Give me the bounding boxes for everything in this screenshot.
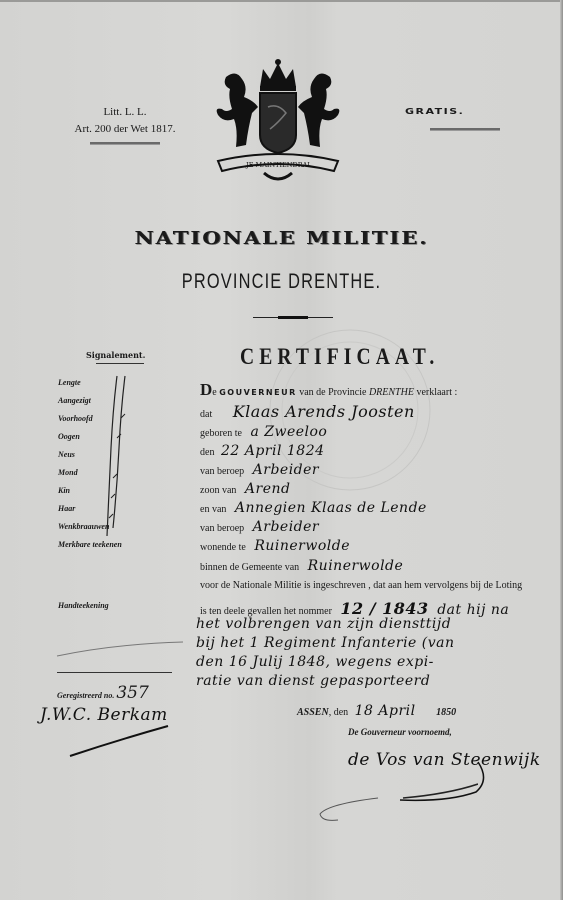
field-row-father: zoon van Arend [200,481,290,497]
field-row-mother-occupation: van beroep Arbeider [200,519,319,535]
place-name: ASSEN [297,707,329,718]
field-row-residence: wonende te Ruinerwolde [200,538,350,554]
header-left-rule [90,142,160,145]
signature-label: Handteekening [58,601,109,610]
gratis-label: GRATIS. [405,107,464,116]
svg-text:JE MAINTIENDRAI: JE MAINTIENDRAI [245,161,310,169]
litt-label: Litt. L. L. [60,104,190,121]
militia-statement: voor de Nationale Militie is ingeschreve… [200,580,522,591]
field-row-name: dat Klaas Arends Joosten [200,402,415,421]
registration-number: 357 [116,683,148,703]
registration-line: Geregistreerd no. 357 [57,683,149,703]
certificate-heading: CERTIFICAAT. [240,344,439,370]
left-signature: J.W.C. Berkam [40,705,168,725]
signalement-handwriting [95,368,135,538]
handwritten-line: ratie van dienst gepasporteerd [196,673,430,689]
document-title: NATIONALE MILITIE. [0,227,563,248]
signalement-field: Merkbare teekenen [58,536,122,554]
handwritten-name: Klaas Arends Joosten [233,402,415,421]
field-row-occupation: van beroep Arbeider [200,462,319,478]
handwritten-line: bij het 1 Regiment Infanterie (van [196,635,455,651]
handwritten-line: den 16 Julij 1848, wegens expi- [196,654,434,670]
field-row-birthdate: den 22 April 1824 [200,443,325,459]
signalement-heading: Signalement. [86,350,145,360]
ink-flourish [318,780,478,825]
governor-label: De Gouverneur voornoemd, [348,727,452,737]
province-name: DRENTHE [369,387,414,398]
title-ornament-divider [253,316,333,319]
certificate-page: Litt. L. L. Art. 200 der Wet 1817. JE MA… [0,0,563,900]
handwritten-date: 18 April [355,703,416,719]
field-row-municipality: binnen de Gemeente van Ruinerwolde [200,558,403,574]
place-date-line: ASSEN, den 18 April 1850 [297,703,456,719]
year: 1850 [436,707,456,718]
signature-underline [68,724,173,759]
handwriting-flourish [55,640,185,660]
province-title: PROVINCIE DRENTHE. [62,270,501,294]
declaration-intro: De GOUVERNEUR van de Provincie DRENTHE v… [200,380,457,400]
field-row-mother: en van Annegien Klaas de Lende [200,500,427,516]
legal-reference: Litt. L. L. Art. 200 der Wet 1817. [60,104,190,145]
coat-of-arms-icon: JE MAINTIENDRAI [208,57,348,185]
gratis-rule [430,128,500,131]
registration-rule [57,672,172,673]
article-label: Art. 200 der Wet 1817. [60,121,190,138]
handwritten-line: het volbrengen van zijn diensttijd [196,616,451,632]
field-row-birthplace: geboren te a Zweeloo [200,424,327,440]
signalement-rule [96,363,144,364]
page-top-edge [0,0,563,2]
gouverneur-label: GOUVERNEUR [219,388,297,397]
